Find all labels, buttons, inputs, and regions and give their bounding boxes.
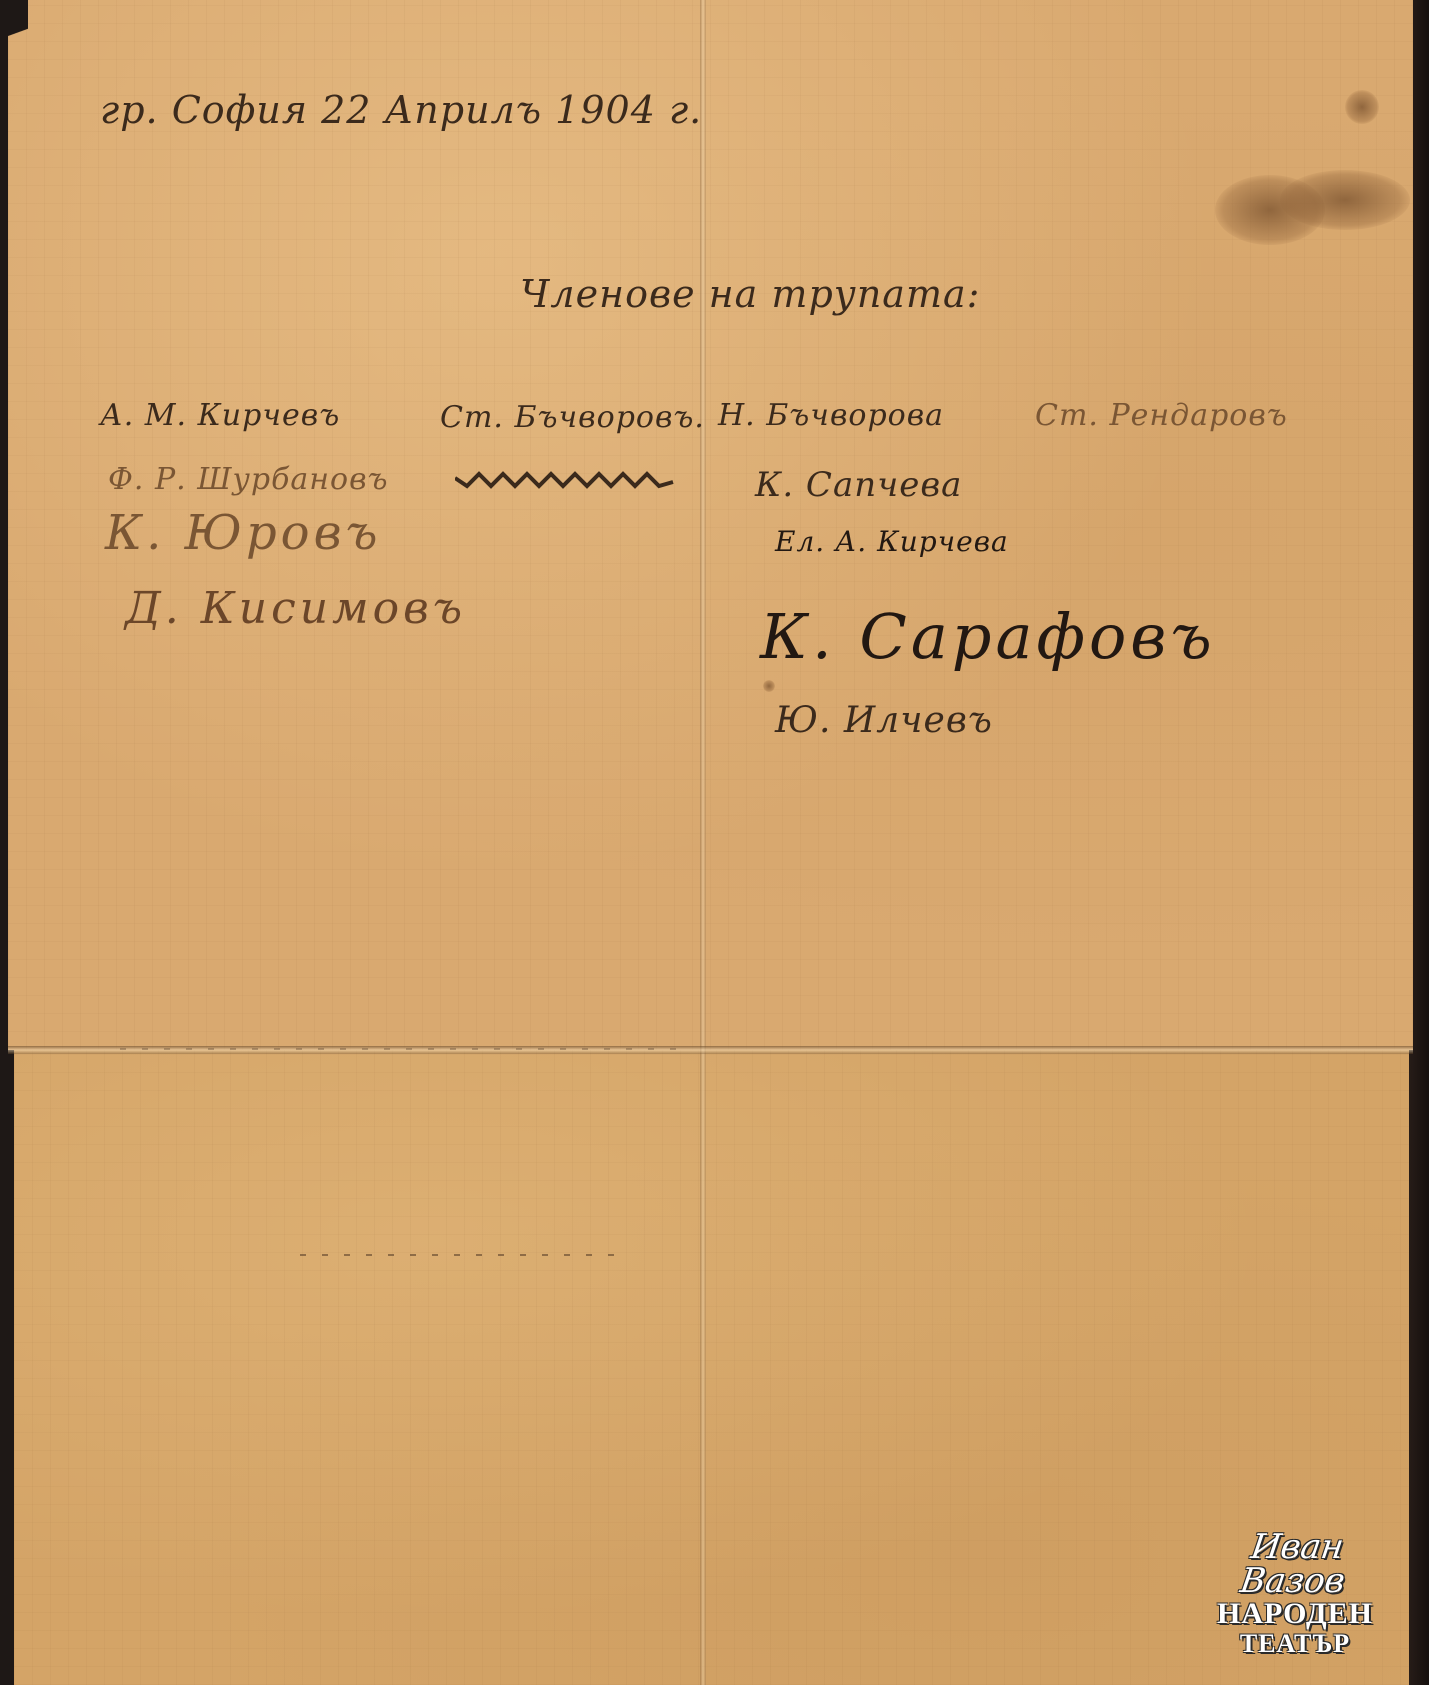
faint-form-line	[120, 1048, 680, 1050]
signature: Ел. А. Кирчева	[775, 525, 1009, 558]
national-theatre-logo: Иван Вазов НАРОДЕН ТЕАТЪР	[1205, 1530, 1385, 1657]
place-date-line: гр. София 22 Априлъ 1904 г.	[100, 88, 702, 132]
signature: Н. Бъчворова	[718, 398, 944, 433]
signature: Ю. Илчевъ	[775, 700, 993, 741]
crossed-out-signature	[455, 470, 675, 490]
signature: К. Сарафовъ	[760, 600, 1216, 673]
signature: А. М. Кирчевъ	[100, 398, 340, 433]
members-heading: Членове на трупата:	[520, 272, 980, 316]
ink-stain	[763, 680, 775, 692]
document-lower-panel	[14, 1050, 1409, 1685]
signature: Ст. Бъчворовъ.	[440, 400, 705, 435]
paper-grid	[14, 1050, 1409, 1685]
logo-sub-text: ТЕАТЪР	[1205, 1630, 1385, 1657]
signature: Д. Кисимовъ	[125, 583, 466, 634]
torn-corner	[0, 0, 28, 60]
ink-stain	[1280, 170, 1410, 230]
ink-stain	[1345, 90, 1379, 124]
logo-script-text: Иван Вазов	[1200, 1530, 1390, 1598]
signature: Ф. Р. Шурбановъ	[108, 462, 389, 497]
logo-main-text: НАРОДЕН	[1205, 1598, 1385, 1630]
vertical-fold-crease	[700, 0, 706, 1685]
faint-form-line	[300, 1254, 620, 1256]
signature: К. Сапчева	[755, 465, 962, 505]
signature: Ст. Рендаровъ	[1035, 398, 1288, 433]
signature: К. Юровъ	[105, 505, 382, 561]
